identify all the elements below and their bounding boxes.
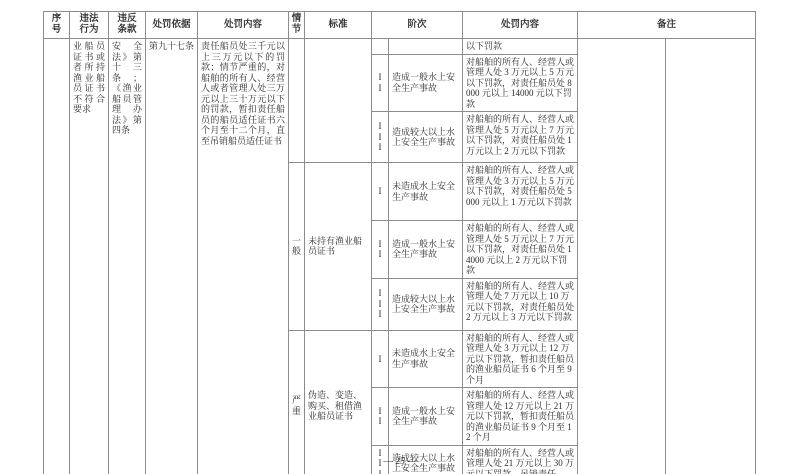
penalty-cell: 对船舶的所有人、经营人或管理人处 3 万元以上 12 万元以下罚款，暂扣责任船员…	[463, 330, 578, 388]
header-violated-clause: 违反 条款	[109, 12, 146, 39]
penalty-basis-cell: 第九十七条	[146, 39, 198, 474]
page-number: — 25 —	[0, 457, 800, 467]
header-penalty-content: 处罚内容	[198, 12, 289, 39]
table-header-row: 序 号 违法 行为 违反 条款 处罚依据 处罚内容 情 节 标准 阶次 处罚内容…	[44, 12, 756, 39]
penalty-cell: 对船舶的所有人、经营人或管理人处 12 万元以上 21 万元以下罚款，暂扣责任船…	[463, 388, 578, 446]
condition-cell: 未造成水上安全生产事故	[389, 163, 463, 221]
violated-clause-cell: 安全法》第十三条；《渔业船员管理办法》第四条	[109, 39, 146, 474]
header-illegal-act: 违法 行为	[70, 12, 109, 39]
penalty-cell: 对船舶的所有人、经营人或管理人处 5 万元以上 7 万元以下罚款，对责任船员处 …	[463, 221, 578, 279]
circumstance-cell	[289, 39, 305, 163]
penalty-cell: 对船舶的所有人、经营人或管理人处 3 万元以上 5 万元以下罚款，对责任船员处 …	[463, 163, 578, 221]
level-cell: I I I	[372, 278, 389, 330]
level-cell	[372, 39, 389, 55]
standard-cell	[305, 39, 372, 163]
table-row: 业船员证书或者所持渔业船员证书不符合要求 安全法》第十三条；《渔业船员管理办法》…	[44, 39, 756, 55]
level-cell: I I	[372, 221, 389, 279]
document-page: 序 号 违法 行为 违反 条款 处罚依据 处罚内容 情 节 标准 阶次 处罚内容…	[0, 0, 800, 474]
penalty-cell: 对船舶的所有人、经营人或管理人处 7 万元以上 10 万元以下罚款，对责任船员处…	[463, 278, 578, 330]
serial-cell	[44, 39, 70, 474]
remarks-cell-2	[666, 39, 756, 474]
level-cell: I I	[372, 54, 389, 112]
penalty-cell: 以下罚款	[463, 39, 578, 55]
penalty-cell: 对船舶的所有人、经营人或管理人处 3 万元以上 5 万元以下罚款，对责任船员处 …	[463, 54, 578, 112]
condition-cell: 造成较大以上水上安全生产事故	[389, 278, 463, 330]
circumstance-cell: 严 重	[289, 330, 305, 474]
header-serial: 序 号	[44, 12, 70, 39]
level-cell: I	[372, 163, 389, 221]
level-cell: I I	[372, 388, 389, 446]
remarks-cell-1	[578, 39, 666, 474]
condition-cell: 造成较大以上水上安全生产事故	[389, 112, 463, 163]
header-standard: 标准	[305, 12, 372, 39]
header-remarks: 备注	[578, 12, 756, 39]
level-cell: I I I	[372, 112, 389, 163]
standard-cell: 伪造、变造、购买、租借渔业船员证书	[305, 330, 372, 474]
condition-cell: 造成一般水上安全生产事故	[389, 221, 463, 279]
condition-cell: 造成一般水上安全生产事故	[389, 54, 463, 112]
header-penalty-content-2: 处罚内容	[463, 12, 578, 39]
header-circumstance: 情 节	[289, 12, 305, 39]
level-cell: I	[372, 330, 389, 388]
header-penalty-basis: 处罚依据	[146, 12, 198, 39]
lead-penalty-content-cell: 责任船员处三千元以上三万元以下的罚款；情节严重的，对船舶的所有人、经营人或者管理…	[198, 39, 289, 474]
standard-cell: 未持有渔业船员证书	[305, 163, 372, 331]
condition-cell: 未造成水上安全生产事故	[389, 330, 463, 388]
condition-cell: 造成一般水上安全生产事故	[389, 388, 463, 446]
circumstance-cell: 一 般	[289, 163, 305, 331]
illegal-act-cell: 业船员证书或者所持渔业船员证书不符合要求	[70, 39, 109, 474]
header-level: 阶次	[372, 12, 463, 39]
penalty-cell: 对船舶的所有人、经营人或管理人处 5 万元以上 7 万元以下罚款，对责任船员处 …	[463, 112, 578, 163]
condition-cell	[389, 39, 463, 55]
penalty-standards-table: 序 号 违法 行为 违反 条款 处罚依据 处罚内容 情 节 标准 阶次 处罚内容…	[43, 11, 756, 474]
